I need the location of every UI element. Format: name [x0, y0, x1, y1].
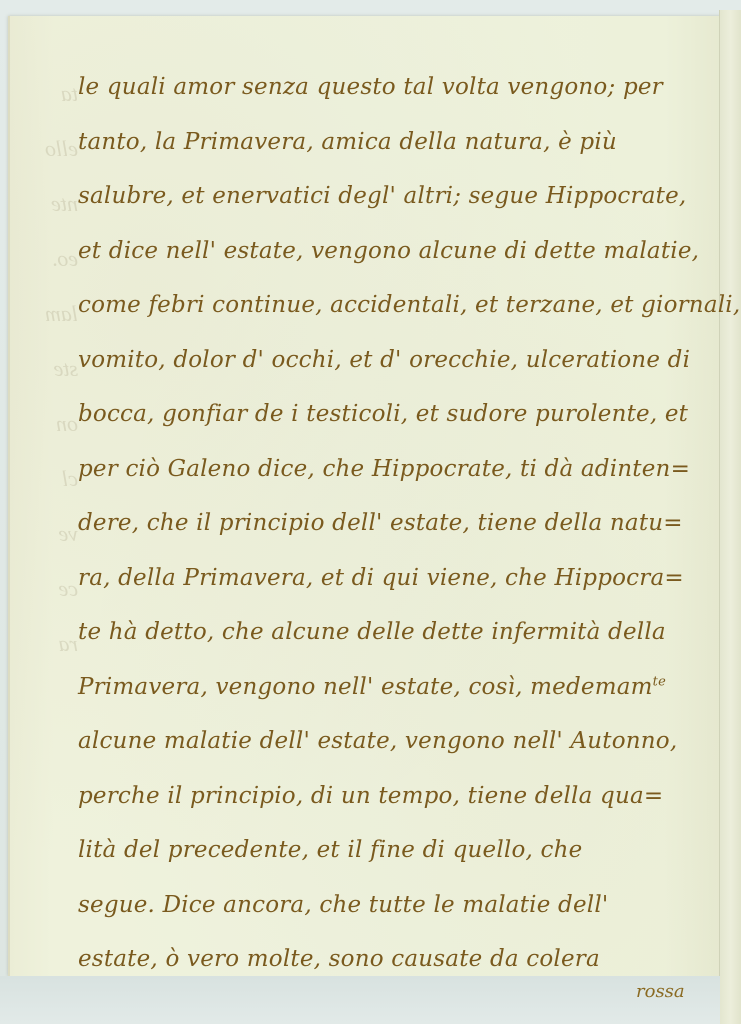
text-line-1: le quali amor senza questo tal volta ven…	[78, 60, 728, 115]
text-line-17: estate, ò vero molte, sono causate da co…	[78, 932, 728, 987]
text-line-15: lità del precedente, et il fine di quell…	[78, 823, 728, 878]
text-line-14: perche il principio, di un tempo, tiene …	[78, 769, 728, 824]
superscript-abbreviation: te	[653, 674, 666, 689]
text-line-11: te hà detto, che alcune delle dette infe…	[78, 605, 728, 660]
catchword: rossa	[636, 981, 685, 1002]
text-line-7: bocca, gonfiar de i testicoli, et sudore…	[78, 387, 728, 442]
text-line-13: alcune malatie dell' estate, vengono nel…	[78, 714, 728, 769]
text-line-3: salubre, et enervatici degl' altri; segu…	[78, 169, 728, 224]
text-line-8: per ciò Galeno dice, che Hippocrate, ti …	[78, 442, 728, 497]
handwritten-text-block: le quali amor senza questo tal volta ven…	[78, 60, 728, 987]
text-line-6: vomito, dolor d' occhi, et d' orecchie, …	[78, 333, 728, 388]
bleed-through-text: taellonteeo.lamsteonclvecera	[18, 66, 78, 686]
text-line-16: segue. Dice ancora, che tutte le malatie…	[78, 878, 728, 933]
text-line-10: ra, della Primavera, et di qui viene, ch…	[78, 551, 728, 606]
text-line-9: dere, che il principio dell' estate, tie…	[78, 496, 728, 551]
text-line-12: Primavera, vengono nell' estate, così, m…	[78, 660, 728, 715]
text-line-2: tanto, la Primavera, amica della natura,…	[78, 115, 728, 170]
text-line-4: et dice nell' estate, vengono alcune di …	[78, 224, 728, 279]
text-line-5: come febri continue, accidentali, et ter…	[78, 278, 728, 333]
text-line-12-main: Primavera, vengono nell' estate, così, m…	[78, 674, 653, 700]
